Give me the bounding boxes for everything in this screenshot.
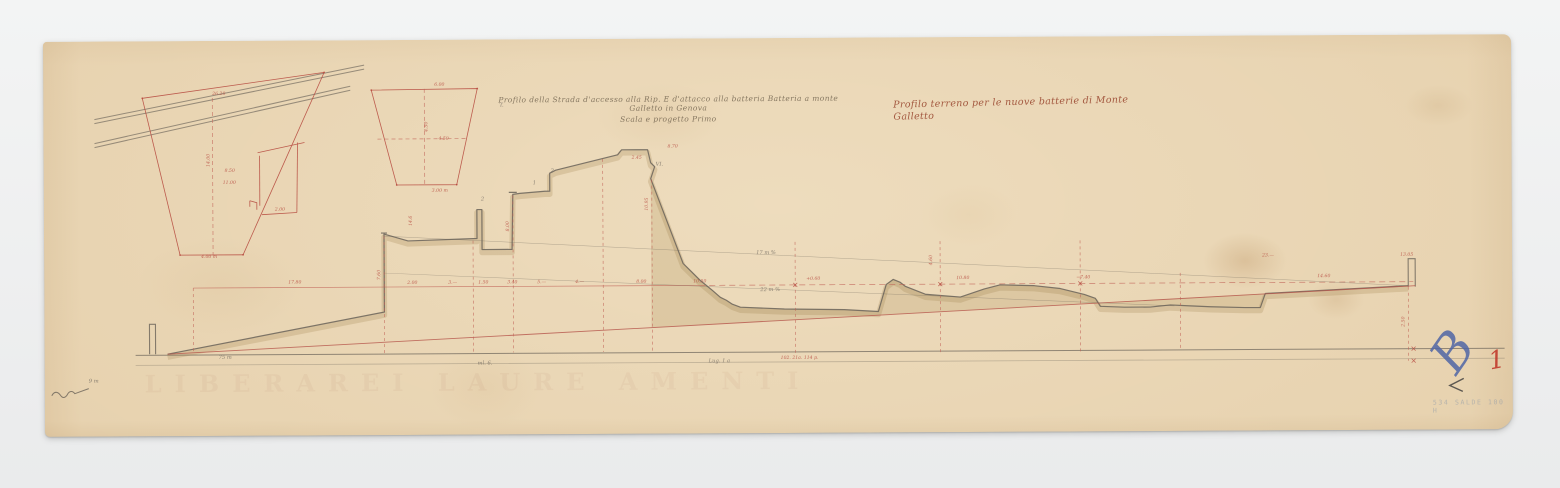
annotation-text: 10.95 [644,197,650,210]
annotation-text: 3.— [448,280,457,286]
main-profile [135,145,1505,369]
annotation-text: 8.00 [636,279,646,285]
annotation-text: 2.00 [274,207,285,213]
annotation-text: 102. 21a. 114 p. [781,355,819,361]
right-post [1408,259,1415,287]
annotation-text: 10.50 [693,278,706,284]
annotation-text: 8.00 [505,221,511,231]
annotation-text: 4.— [574,279,584,285]
annotation-text: 2 [550,168,554,174]
annotation-text: 2 [480,197,484,203]
annotation-text: 1.50 [478,280,488,286]
annotation-text: 17 m % [756,250,776,256]
annotation-text: 8.50 [225,168,235,174]
annotation-text: ml. 6. [478,360,493,366]
annotation-text: 10.80 [956,275,969,281]
archive-stamp: 534 SALDE 100 H [1433,398,1513,415]
annotation-text: 17.80 [288,279,301,285]
annotation-text: 75 m [219,355,232,361]
annotation-text: −7.40 [1076,274,1090,280]
annotation-text: 4.60 [928,255,934,266]
station-lines [193,155,1409,367]
scanned-drawing-page: { "titles": { "pencil_line1": "Profilo d… [0,0,1560,488]
corner-ticks-1 [141,71,326,256]
paper-watermark: LIBERAREI LAURE AMENTI [145,366,812,399]
detail-section-1 [94,65,365,256]
annotation-text: Lug. 1 a [708,358,730,364]
reference-line-dashed [699,282,1413,286]
annotation-text: 23.— [1261,252,1274,258]
annotation-text: VI. [656,162,664,168]
annotation-text: 11.00 [223,180,236,186]
annotation-text: 8.70 [668,144,678,150]
annotation-text: 9 m [89,379,99,385]
surveyor-signature [52,389,89,398]
annotation-text: +0.60 [806,276,820,282]
annotation-text: 2.50 [1400,316,1406,327]
annotation-text: 1 [533,180,536,186]
annotation-text: 26.20 [211,91,225,97]
pencil-title-line1: Profilo della Strada d'accesso alla Rip.… [483,94,853,115]
cross-section-outline [142,72,325,255]
annotation-text: 7.60 [376,270,382,280]
annotation-text: 3.00 m [432,188,449,194]
corner-ticks-2 [370,88,478,186]
annotation-text: 4.50 [423,122,429,133]
annotation-text: 6.00 [434,82,444,88]
annotation-text: 5.— [537,279,546,285]
terrain-wash-band [167,149,1409,357]
annotation-text: 2.00 [406,280,417,286]
rock-face-lines [94,65,364,147]
annotation-text: 14.6 [408,216,414,226]
annotation-text: 14.60 [1317,273,1330,279]
annotation-text: 14.00 [206,154,212,167]
drawing-sheet: 26.2014.008.5011.002.004.00 m6.004.504.5… [43,34,1513,437]
centerline-2 [424,89,425,185]
left-post [149,324,155,354]
dimension-chain-line [193,285,699,288]
annotation-text: 22 m % [759,287,780,293]
annotation-text: 3.40 [507,279,517,285]
annotation-text: 4.50 [437,136,448,142]
pencil-title-line2: Scala e progetto Primo [483,114,853,125]
annotation-text: 13.05 [1400,252,1413,258]
datum-baseline-2 [136,358,1505,365]
annotation-text: 2.45 [631,155,642,161]
datum-baseline [136,348,1505,355]
annotation-text: 4.00 m [200,254,218,260]
detail-section-2 [370,88,478,186]
